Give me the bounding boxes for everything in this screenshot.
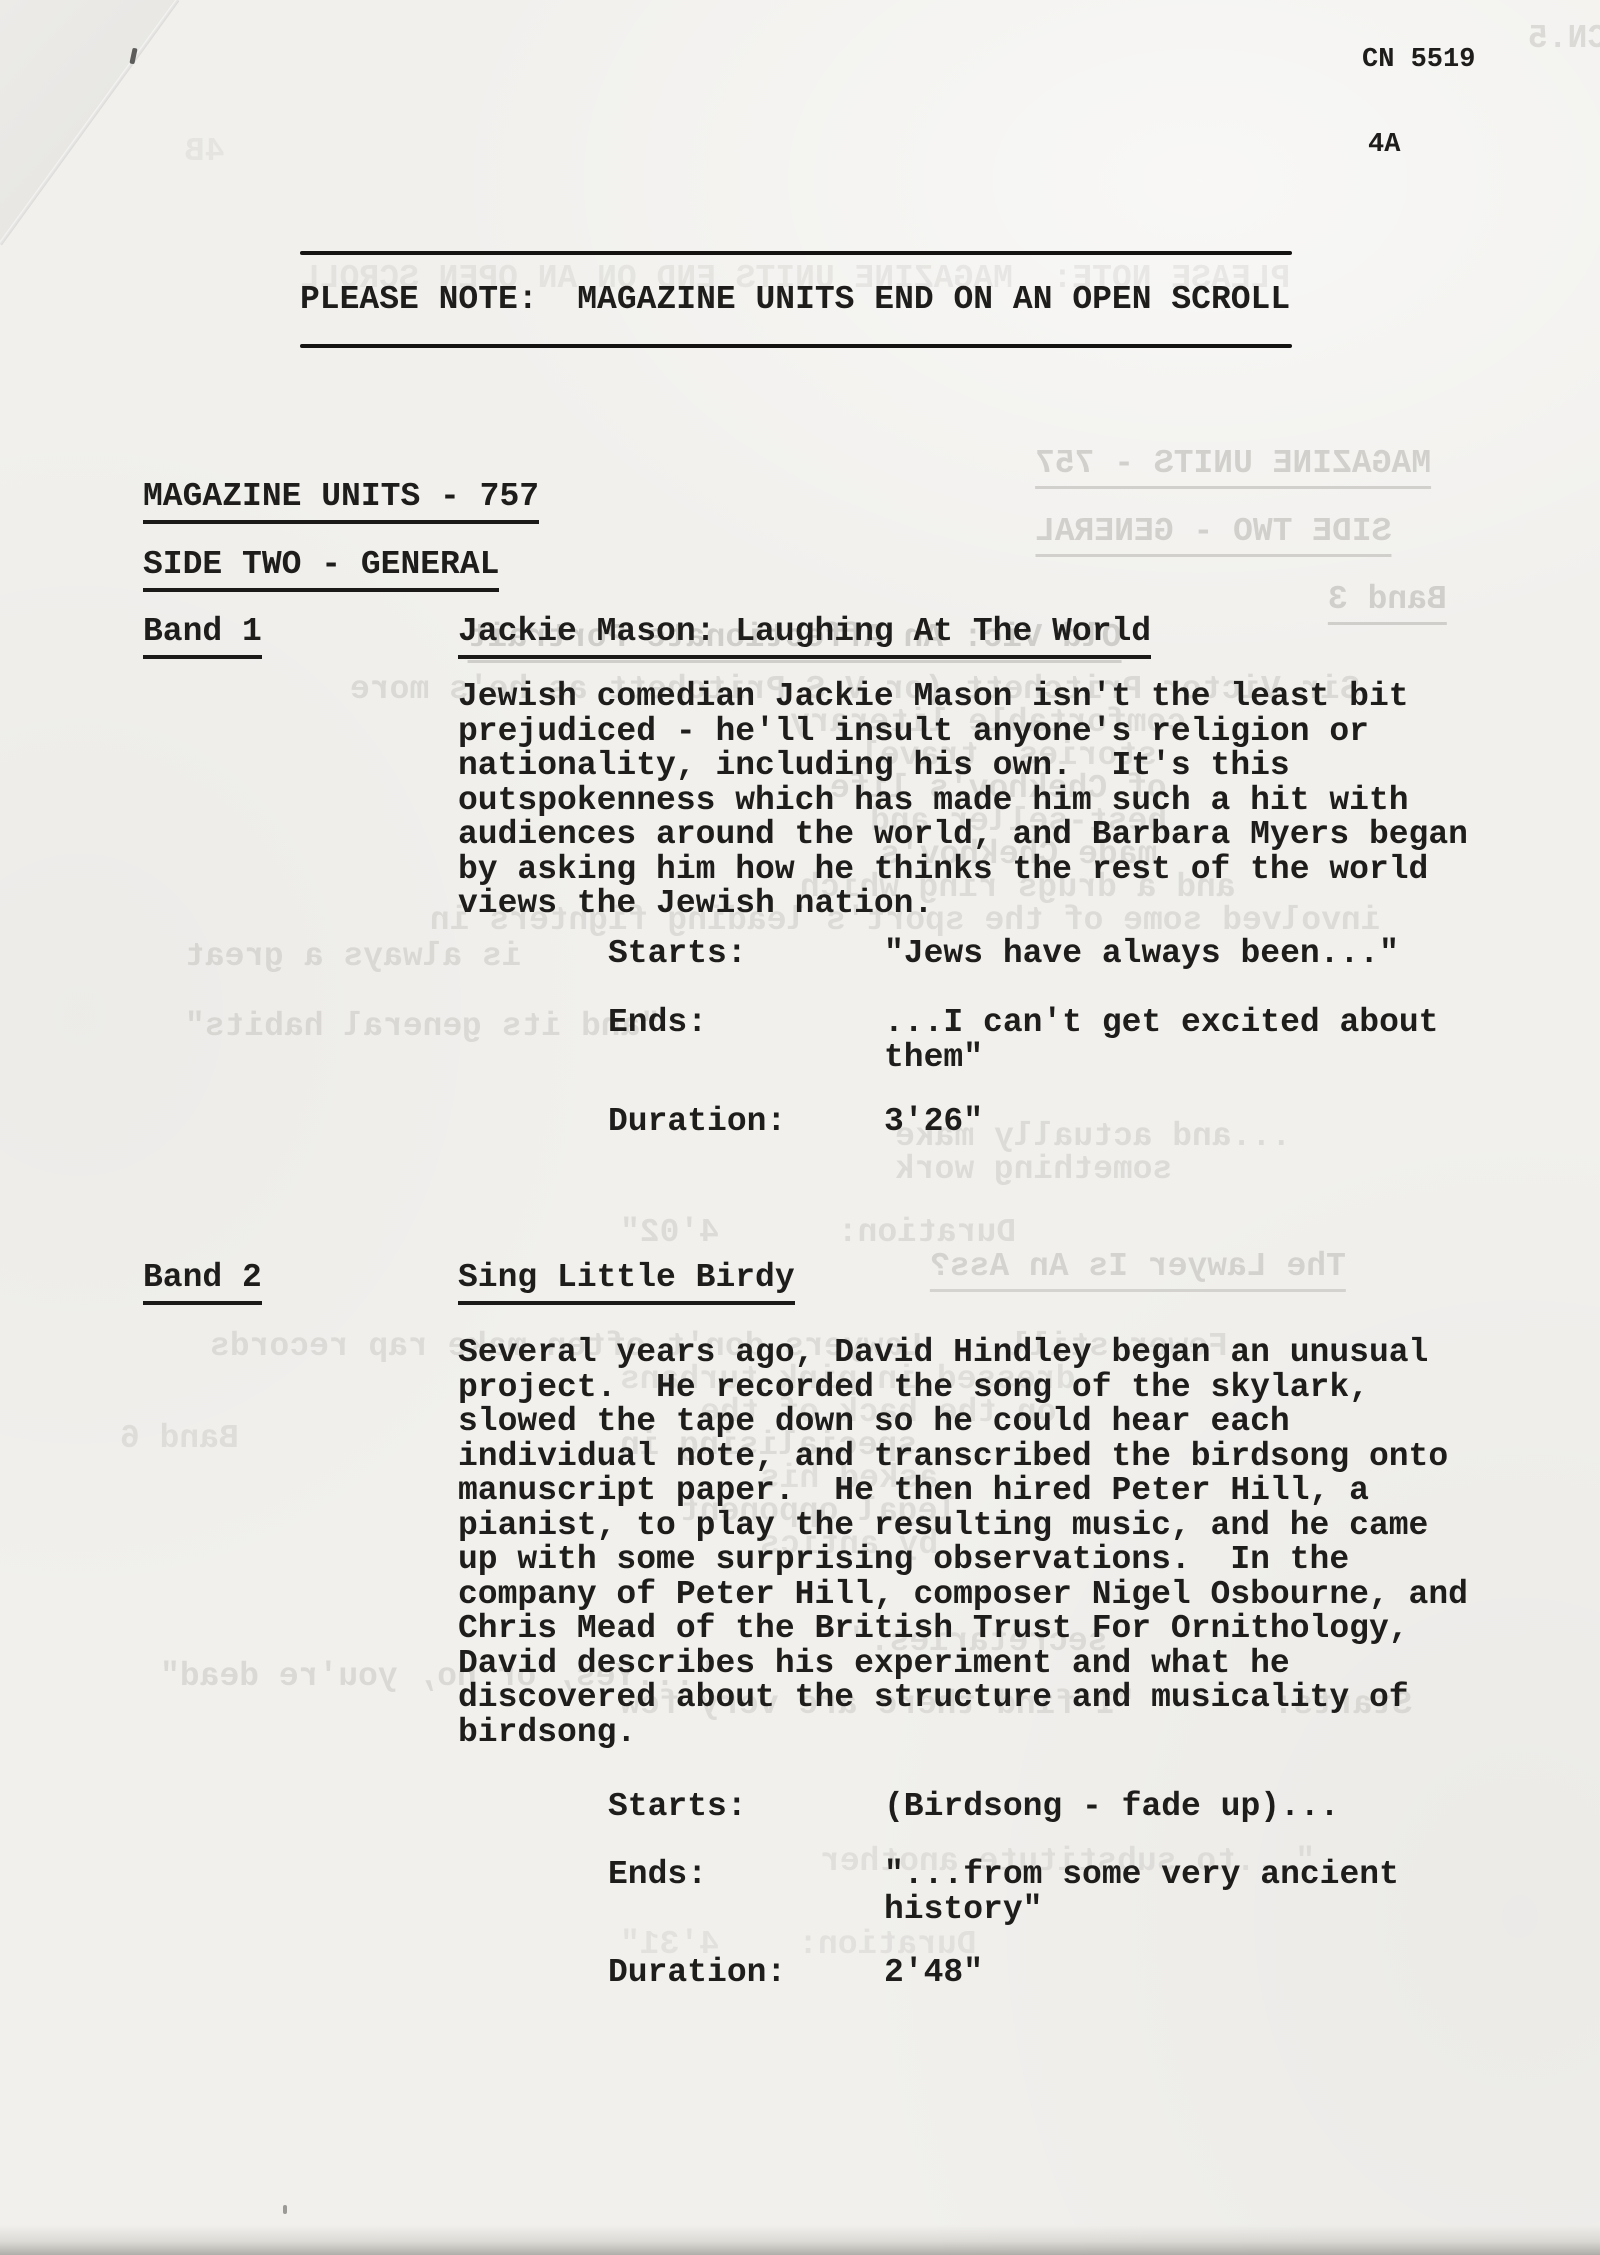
band-1-duration-label: Duration:	[608, 1105, 786, 1140]
bleed-through-text: something work	[895, 1153, 1172, 1188]
band-2-description: Several years ago, David Hindley began a…	[458, 1336, 1468, 1750]
bleed-through-text: Band 6	[120, 1422, 239, 1457]
divider-line-bottom	[300, 344, 1292, 348]
divider-line-top	[300, 251, 1292, 255]
band-2-ends-value: "...from some very ancient history"	[884, 1858, 1399, 1927]
bleed-through-text: MAGAZINE UNITS - 757	[1035, 447, 1431, 489]
band-2-starts-value: (Birdsong - fade up)...	[884, 1790, 1339, 1825]
document-subtitle: SIDE TWO - GENERAL	[143, 548, 499, 592]
band-1-label: Band 1	[143, 615, 262, 659]
band-2-label: Band 2	[143, 1261, 262, 1305]
notice-text: PLEASE NOTE: MAGAZINE UNITS END ON AN OP…	[300, 283, 1290, 318]
band-2-ends-label: Ends:	[608, 1858, 707, 1893]
band-2-duration-value: 2'48"	[884, 1956, 983, 1991]
band-2-starts-label: Starts:	[608, 1790, 747, 1825]
document-title: MAGAZINE UNITS - 757	[143, 480, 539, 524]
band-1-starts-label: Starts:	[608, 937, 747, 972]
band-1-ends-label: Ends:	[608, 1006, 707, 1041]
scan-bottom-edge	[0, 2225, 1600, 2255]
ink-speck	[283, 2205, 287, 2214]
band-1-starts-value: "Jews have always been..."	[884, 937, 1399, 972]
band-1-ends-value: ...I can't get excited about them"	[884, 1006, 1439, 1075]
band-1-title: Jackie Mason: Laughing At The World	[458, 615, 1151, 659]
document-reference: CN 5519	[1362, 46, 1475, 75]
bleed-through-text: SIDE TWO - GENERAL	[1035, 515, 1391, 557]
bleed-through-text: 4B	[185, 135, 225, 170]
band-1-duration-value: 3'26"	[884, 1105, 983, 1140]
bleed-through-text: Band 3	[1328, 583, 1447, 625]
page-number: 4A	[1368, 131, 1400, 160]
band-2-title: Sing Little Birdy	[458, 1261, 795, 1305]
bleed-through-text: is always a great	[185, 940, 522, 975]
bleed-through-text: "and its general habits"	[185, 1010, 660, 1045]
bleed-through-text: The Lawyer Is An Ass?	[930, 1250, 1346, 1292]
band-1-description: Jewish comedian Jackie Mason isn't the l…	[458, 680, 1468, 922]
band-2-duration-label: Duration:	[608, 1956, 786, 1991]
document-page: CN.5 4B PLEASE NOTE: MAGAZINE UNITS END …	[0, 0, 1600, 2255]
bleed-through-text: CN.5	[1528, 22, 1600, 57]
page-corner-fold	[0, 0, 250, 350]
bleed-through-text: Duration: 4'02"	[620, 1216, 1016, 1251]
